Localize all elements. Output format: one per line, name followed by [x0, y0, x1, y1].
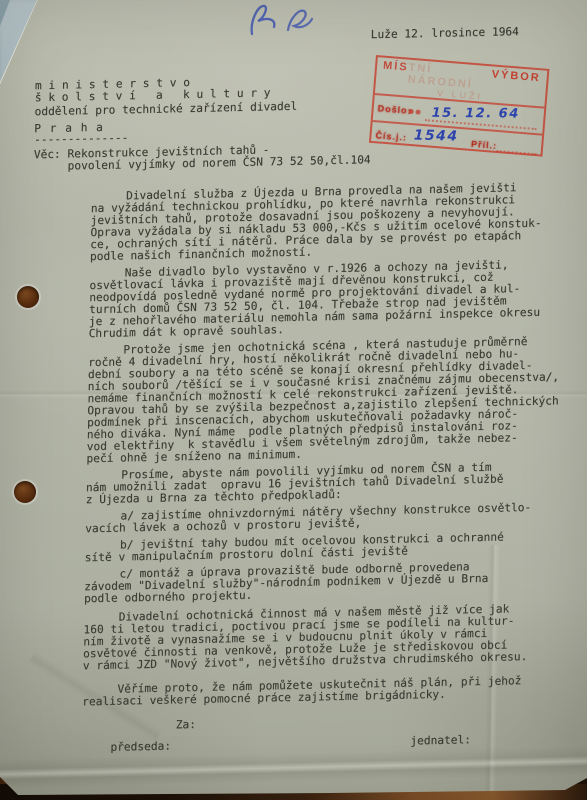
- signature-secretary: jednatel:: [410, 734, 471, 747]
- paragraph-6: Věříme proto, že nám pomůžete uskutečnit…: [82, 674, 572, 708]
- handwritten-file-number: 1544: [413, 127, 458, 144]
- stamp-number-label: Čís.j.:: [375, 130, 407, 142]
- list-item-c: c/ montáž a úprava provaziště bude odbor…: [84, 559, 575, 605]
- date-line: Luže 12. lrosince 1964: [371, 25, 584, 41]
- scanned-letter-photo: 70060 Luže 12. lrosince 1964 m i n i s t…: [0, 0, 587, 800]
- list-item-b: b/ jevištní tahy budou mít ocelovou kons…: [85, 530, 575, 564]
- paragraph-4: Prosíme, abyste nám povolili vyjímku od …: [86, 460, 577, 506]
- signature-chairman: předseda:: [110, 741, 171, 754]
- punch-hole-top: [17, 286, 39, 308]
- closing-za: Za:: [176, 711, 572, 731]
- paragraph-1: Divadelní služba z Újezda u Brna provedl…: [90, 181, 581, 263]
- stamp-title-left: MÍS: [382, 60, 409, 86]
- punch-hole-bottom: [14, 481, 36, 503]
- registry-stamp: MÍS TNÍ NÁRODNÍ VÝBOR V LUŽI Došlo: 15. …: [369, 55, 549, 157]
- stamp-ink-smudge: [407, 109, 421, 115]
- document-paper: Luže 12. lrosince 1964 m i n i s t e r s…: [0, 0, 587, 800]
- paragraph-5: Divadelní ochotnická činnost má v našem …: [83, 602, 574, 672]
- paragraph-3: Protože jsme jen ochotnická scéna , kter…: [86, 335, 578, 465]
- paragraph-2: Naše divadlo bylo vystavěno v r.1926 a o…: [89, 258, 580, 340]
- stamp-dotted-line: [497, 149, 537, 155]
- stamp-attachments-label: Příl.:: [471, 139, 498, 151]
